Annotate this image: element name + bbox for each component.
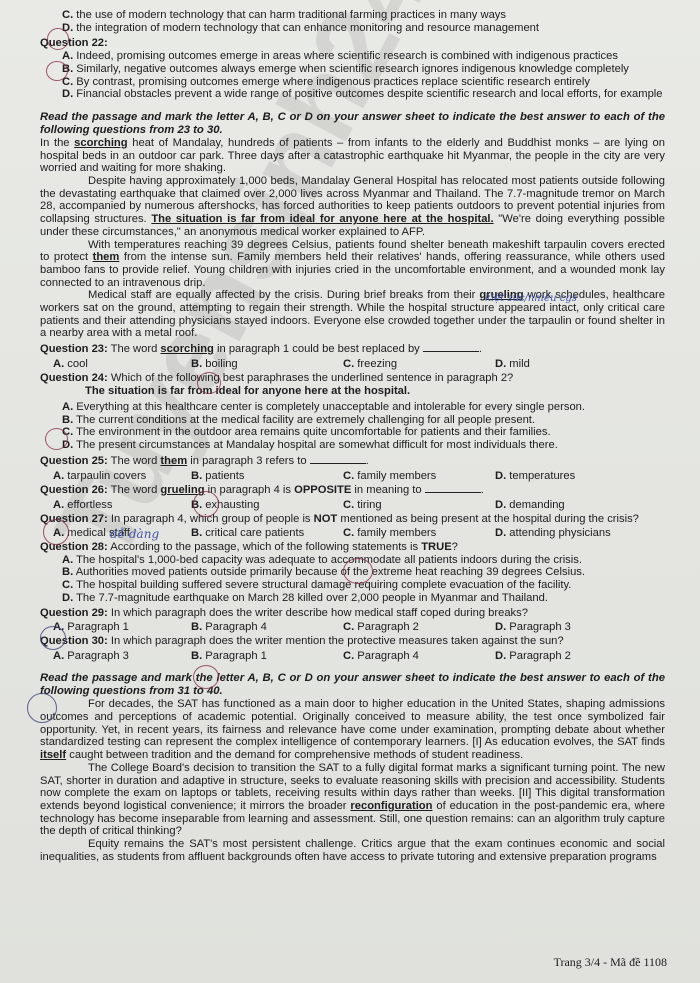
q23-option-b: B. boiling [191,358,343,371]
q29-option-b: B. Paragraph 4 [191,621,343,634]
question-label: Question 29: [40,607,108,619]
option-text: tiring [357,499,381,511]
passage2-paragraph-3: Equity remains the SAT's most persistent… [40,838,665,863]
passage1-paragraph-4: Medical staff are equally affected by th… [40,289,665,340]
q24-option-c: C. The environment in the outdoor area r… [62,426,665,439]
option-text: medical staff [67,527,130,539]
option-letter: C. [343,358,354,370]
q29-stem: Question 29: In which paragraph does the… [40,607,665,620]
option-text: temperatures [509,470,575,482]
option-letter: B. [191,470,202,482]
text: The word [108,455,161,467]
q24-stem: Question 24: Which of the following best… [40,372,665,385]
text: in paragraph 3 refers to [187,455,306,467]
text: heat of Mandalay, hundreds of patients –… [40,137,665,174]
underlined-word: scorching [160,343,213,355]
option-text: family members [357,527,436,539]
q23-option-c: C. freezing [343,358,495,371]
q21-option-c: C. the use of modern technology that can… [62,9,665,22]
q26-option-d: D. demanding [495,499,665,512]
q24-quoted-sentence: The situation is far from ideal for anyo… [85,385,665,398]
passage1-paragraph-1: In the scorching heat of Mandalay, hundr… [40,137,665,175]
question-label: Question 28: [40,541,108,553]
q21-option-d: D. the integration of modern technology … [62,22,665,35]
text: mentioned as being present at the hospit… [337,513,639,525]
text: In which paragraph does the writer descr… [108,607,528,619]
option-letter: A. [62,401,73,413]
question-label: Question 27: [40,513,108,525]
exam-page: Tuyensinh247.com C. the use of modern te… [0,0,700,983]
q26-option-b: B. exhausting [191,499,343,512]
option-text: tarpaulin covers [67,470,146,482]
option-text: Paragraph 3 [509,621,571,633]
option-letter: C. [62,426,73,438]
q30-stem: Question 30: In which paragraph does the… [40,635,665,648]
text: In which paragraph does the writer menti… [108,635,564,647]
q29-option-a: A. Paragraph 1 [53,621,191,634]
q24-option-a: A. Everything at this healthcare center … [62,401,665,414]
option-text: family members [357,470,436,482]
text: Medical staff are equally affected by th… [88,289,479,301]
q26-options: A. effortless B. exhausting C. tiring D.… [53,499,665,512]
option-text: attending physicians [509,527,610,539]
emphasis: OPPOSITE [294,484,351,496]
page-content: C. the use of modern technology that can… [40,9,665,863]
option-text: Paragraph 1 [67,621,129,633]
option-text: Similarly, negative outcomes always emer… [76,63,629,75]
q28-option-c: C. The hospital building suffered severe… [62,579,665,592]
option-text: Financial obstacles prevent a wide range… [76,88,662,100]
underlined-word-scorching: scorching [74,137,127,149]
q30-options: A. Paragraph 3 B. Paragraph 1 C. Paragra… [53,650,665,663]
q25-stem: Question 25: The word them in paragraph … [40,454,665,468]
q28-option-d: D. The 7.7-magnitude earthquake on March… [62,592,665,605]
option-letter: C. [343,527,354,539]
option-letter: A. [53,621,64,633]
option-text: cool [67,358,88,370]
option-letter: D. [495,527,506,539]
underlined-word-grueling: grueling [479,289,523,301]
q22-option-b: B. Similarly, negative outcomes always e… [62,63,665,76]
option-letter: B. [62,414,73,426]
option-text: Paragraph 2 [509,650,571,662]
q25-option-d: D. temperatures [495,470,665,483]
text: The word [108,343,161,355]
option-text: effortless [67,499,112,511]
answer-blank [425,483,481,493]
option-letter: B. [191,358,202,370]
option-text: Paragraph 4 [357,650,419,662]
option-text: patients [205,470,244,482]
q23-option-a: A. cool [53,358,191,371]
q25-option-b: B. patients [191,470,343,483]
text: in meaning to [351,484,421,496]
q22-option-d: D. Financial obstacles prevent a wide ra… [62,88,665,101]
q27-option-b: B. critical care patients [191,527,343,540]
option-text: The current conditions at the medical fa… [76,414,535,426]
underlined-word: them [160,455,187,467]
option-letter: A. [53,650,64,662]
underlined-word-them: them [93,251,120,263]
option-letter: A. [62,50,73,62]
passage1-paragraph-2: Despite having approximately 1,000 beds,… [40,175,665,239]
text: The word [108,484,161,496]
q30-option-a: A. Paragraph 3 [53,650,191,663]
q27-option-d: D. attending physicians [495,527,665,540]
question-label: Question 30: [40,635,108,647]
option-text: The hospital's 1,000-bed capacity was ad… [76,554,582,566]
q27-option-c: C. family members [343,527,495,540]
q27-stem: Question 27: In paragraph 4, which group… [40,513,665,526]
option-letter: D. [62,88,73,100]
q25-options: A. tarpaulin covers B. patients C. famil… [53,470,665,483]
q22-title: Question 22: [40,37,665,50]
option-letter: A. [53,527,64,539]
option-letter: D. [495,470,506,482]
q26-option-c: C. tiring [343,499,495,512]
option-letter: C. [343,499,354,511]
underlined-word-reconfiguration: reconfiguration [350,800,432,812]
question-label: Question 25: [40,455,108,467]
text: For decades, the SAT has functioned as a… [40,698,665,748]
option-letter: B. [191,527,202,539]
option-text: freezing [357,358,397,370]
option-letter: B. [62,63,73,75]
q30-option-d: D. Paragraph 2 [495,650,665,663]
option-letter: C. [343,650,354,662]
q30-option-c: C. Paragraph 4 [343,650,495,663]
text: Which of the following best paraphrases … [108,372,514,384]
option-letter: B. [191,621,202,633]
q23-options: A. cool B. boiling C. freezing D. mild [53,358,665,371]
text: in paragraph 1 could be best replaced by [214,343,420,355]
option-letter: A. [53,470,64,482]
option-letter: D. [495,621,506,633]
option-text: the integration of modern technology tha… [76,22,539,34]
option-letter: D. [495,499,506,511]
option-text: exhausting [205,499,259,511]
option-letter: C. [62,579,73,591]
underlined-word-itself: itself [40,749,66,761]
text: from the intense sun. Family members hel… [40,251,665,288]
option-letter: B. [191,499,202,511]
emphasis: TRUE [421,541,451,553]
option-letter: A. [53,358,64,370]
q26-option-a: A. effortless [53,499,191,512]
q22-option-a: A. Indeed, promising outcomes emerge in … [62,50,665,63]
q28-stem: Question 28: According to the passage, w… [40,541,665,554]
option-text: demanding [509,499,564,511]
option-text: Authorities moved patients outside prima… [76,566,585,578]
question-label: Question 24: [40,372,108,384]
option-letter: D. [62,439,73,451]
option-text: The 7.7-magnitude earthquake on March 28… [76,592,548,604]
text: ? [452,541,458,553]
q25-option-c: C. family members [343,470,495,483]
option-text: Paragraph 2 [357,621,419,633]
option-text: critical care patients [205,527,304,539]
q22-option-c: C. By contrast, promising outcomes emerg… [62,76,665,89]
q27-options: A. medical staff B. critical care patien… [53,527,665,540]
underlined-sentence: The situation is far from ideal for anyo… [151,213,493,225]
option-letter: C. [343,470,354,482]
q24-option-b: B. The current conditions at the medical… [62,414,665,427]
text: in paragraph 4 is [205,484,295,496]
q29-option-c: C. Paragraph 2 [343,621,495,634]
option-letter: C. [343,621,354,633]
option-text: Everything at this healthcare center is … [76,401,585,413]
option-text: The present circumstances at Mandalay ho… [76,439,558,451]
instruction-31-40: Read the passage and mark the letter A, … [40,672,665,698]
text: In paragraph 4, which group of people is [108,513,314,525]
option-text: By contrast, promising outcomes emerge w… [76,76,590,88]
q23-stem: Question 23: The word scorching in parag… [40,342,665,356]
q30-option-b: B. Paragraph 1 [191,650,343,663]
option-text: Indeed, promising outcomes emerge in are… [76,50,618,62]
option-text: Paragraph 1 [205,650,267,662]
option-text: The environment in the outdoor area rema… [76,426,551,438]
option-letter: D. [62,592,73,604]
question-label: Question 26: [40,484,108,496]
passage1-paragraph-3: With temperatures reaching 39 degrees Ce… [40,239,665,290]
q24-option-d: D. The present circumstances at Mandalay… [62,439,665,452]
underlined-word: grueling [160,484,204,496]
instruction-23-30: Read the passage and mark the letter A, … [40,111,665,137]
answer-blank [423,342,479,352]
passage2-paragraph-2: The College Board's decision to transiti… [40,762,665,838]
q27-option-a: A. medical staff [53,527,191,540]
q28-option-a: A. The hospital's 1,000-bed capacity was… [62,554,665,567]
passage2-paragraph-1: For decades, the SAT has functioned as a… [40,698,665,762]
option-text: boiling [205,358,237,370]
emphasis: NOT [314,513,338,525]
q23-option-d: D. mild [495,358,665,371]
q29-option-d: D. Paragraph 3 [495,621,665,634]
q25-option-a: A. tarpaulin covers [53,470,191,483]
text: According to the passage, which of the f… [108,541,421,553]
q28-option-b: B. Authorities moved patients outside pr… [62,566,665,579]
q29-options: A. Paragraph 1 B. Paragraph 4 C. Paragra… [53,621,665,634]
q26-stem: Question 26: The word grueling in paragr… [40,483,665,497]
option-letter: D. [495,358,506,370]
option-letter: A. [62,554,73,566]
option-text: the use of modern technology that can ha… [76,9,506,21]
answer-blank [310,454,366,464]
text: caught between tradition and the demand … [66,749,523,761]
text: In the [40,137,74,149]
option-letter: C. [62,76,73,88]
option-text: mild [509,358,530,370]
option-letter: B. [62,566,73,578]
option-letter: A. [53,499,64,511]
option-letter: D. [62,22,73,34]
option-text: Paragraph 3 [67,650,129,662]
option-text: Paragraph 4 [205,621,267,633]
question-label: Question 23: [40,343,108,355]
option-letter: D. [495,650,506,662]
page-footer: Trang 3/4 - Mã đề 1108 [554,955,667,970]
option-letter: C. [62,9,73,21]
option-letter: B. [191,650,202,662]
option-text: The hospital building suffered severe st… [76,579,571,591]
